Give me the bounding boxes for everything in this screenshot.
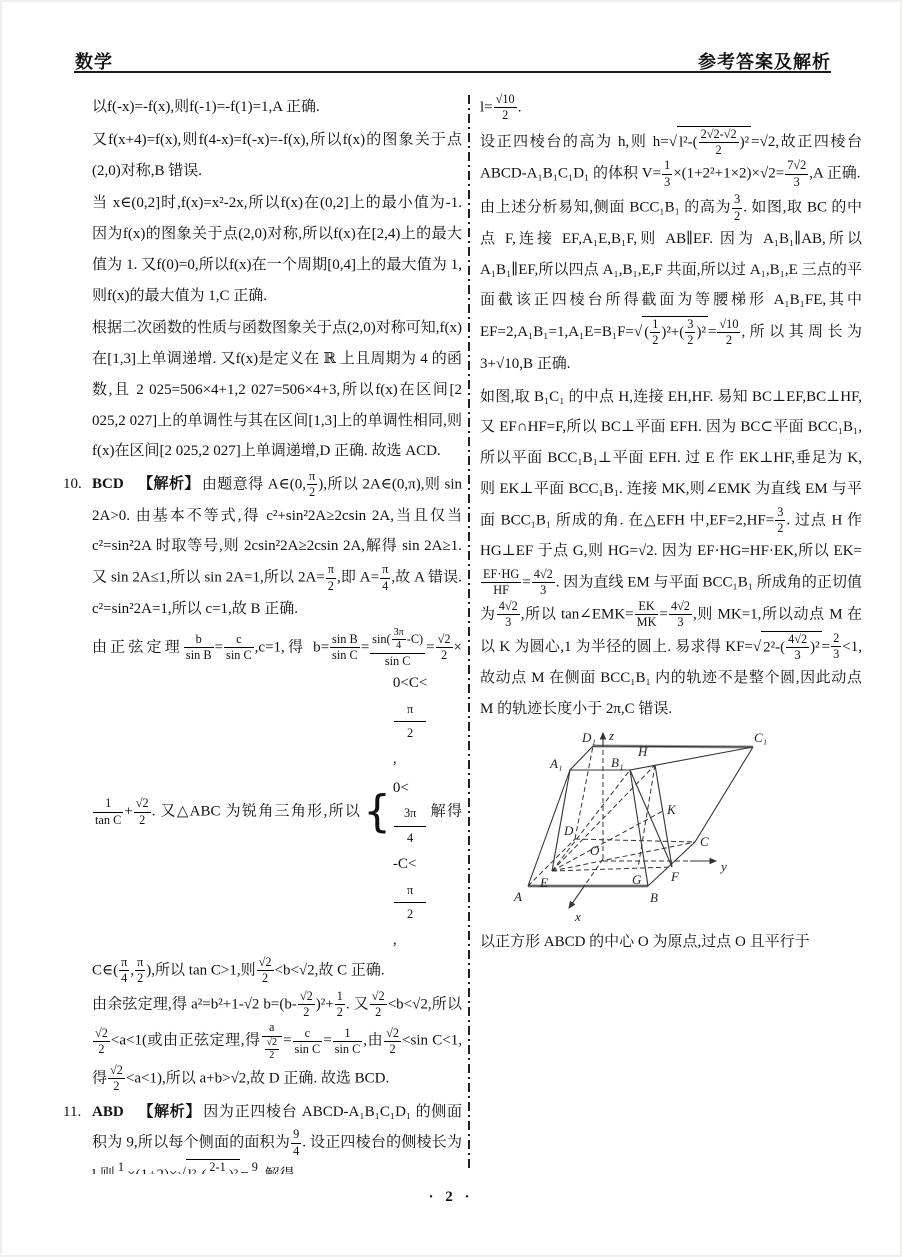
- item-body: BCD【解析】由题意得 A∈(0,π2),所以 2A∈(0,π),则 sin 2…: [92, 469, 462, 625]
- figure-axes: [569, 733, 716, 908]
- figure-label-a: A: [513, 889, 522, 904]
- paragraph: 设正四棱台的高为 h,则 h=√l²-(2√2-√22)²=√2,故正四棱台 A…: [480, 126, 862, 190]
- frustum-figure: D₁ C₁ A₁ B₁ H K D C O E G F A B z y x: [490, 729, 862, 925]
- paragraph: 如图,取 B₁C₁ 的中点 H,连接 EH,HF. 易知 BC⊥EF,BC⊥HF…: [480, 382, 862, 725]
- paragraph: 由正弦定理bsin B=csin C,c=1,得 b=sin Bsin C=si…: [63, 627, 462, 987]
- figure-label-c: C: [700, 834, 709, 849]
- figure-label-o: O: [590, 843, 600, 858]
- header-title: 参考答案及解析: [698, 44, 831, 81]
- right-column: l=√102.设正四棱台的高为 h,则 h=√l²-(2√2-√22)²=√2,…: [480, 92, 862, 1174]
- item-number: 10.: [63, 469, 92, 625]
- figure-label-e: E: [539, 875, 548, 890]
- paragraph: 又f(x+4)=f(x),则f(4-x)=f(-x)=-f(x),所以f(x)的…: [63, 125, 462, 187]
- item-body: ABD【解析】因为正四棱台 ABCD-A₁B₁C₁D₁ 的侧面积为 9,所以每个…: [92, 1097, 462, 1174]
- column-divider: [468, 95, 470, 1170]
- paragraph: 以f(-x)=-f(x),则f(-1)=-f(1)=1,A 正确.: [63, 92, 462, 123]
- paragraph: 以正方形 ABCD 的中心 O 为原点,过点 O 且平行于: [480, 927, 862, 958]
- figure-label-h: H: [637, 744, 648, 759]
- figure-label-b: B: [650, 890, 658, 905]
- figure-label-z-axis: z: [608, 729, 614, 743]
- header-subject: 数学: [75, 44, 113, 81]
- item-number: 11.: [63, 1097, 92, 1174]
- figure-label-k: K: [666, 802, 677, 817]
- figure-label-x-axis: x: [574, 909, 581, 924]
- figure-label-b1: B₁: [611, 755, 623, 770]
- left-column: 以f(-x)=-f(x),则f(-1)=-f(1)=1,A 正确.又f(x+4)…: [63, 92, 462, 1174]
- figure-label-c1: C₁: [754, 730, 767, 745]
- figure-label-g: G: [632, 872, 642, 887]
- paragraph: 根据二次函数的性质与函数图象关于点(2,0)对称可知,f(x)在[1,3]上单调…: [63, 313, 462, 467]
- item-tag: 【解析】: [138, 1104, 202, 1120]
- figure-label-d1: D₁: [581, 730, 596, 745]
- figure-label-y-axis: y: [719, 859, 727, 874]
- item-tag: 【解析】: [138, 476, 200, 492]
- paragraph: 当 x∈(0,2]时,f(x)=x²-2x,所以f(x)在(0,2]上的最小值为…: [63, 188, 462, 311]
- item-answer: ABD: [92, 1104, 124, 1120]
- figure-label-a1: A₁: [549, 756, 562, 771]
- figure-label-f: F: [670, 869, 680, 884]
- paragraph: 由上述分析易知,侧面 BCC₁B₁ 的高为32. 如图,取 BC 的中点 F,连…: [480, 192, 862, 379]
- solution-item: 10.BCD【解析】由题意得 A∈(0,π2),所以 2A∈(0,π),则 si…: [63, 469, 462, 625]
- item-answer: BCD: [92, 476, 124, 492]
- page-number: · 2 ·: [0, 1182, 902, 1213]
- paragraph: 由余弦定理,得 a²=b²+1-√2 b=(b-√22)²+12. 又√22<b…: [63, 989, 462, 1095]
- header-rule: [74, 71, 831, 73]
- figure-label-d: D: [563, 823, 574, 838]
- solution-item: 11.ABD【解析】因为正四棱台 ABCD-A₁B₁C₁D₁ 的侧面积为 9,所…: [63, 1097, 462, 1174]
- paragraph: l=√102.: [480, 92, 862, 124]
